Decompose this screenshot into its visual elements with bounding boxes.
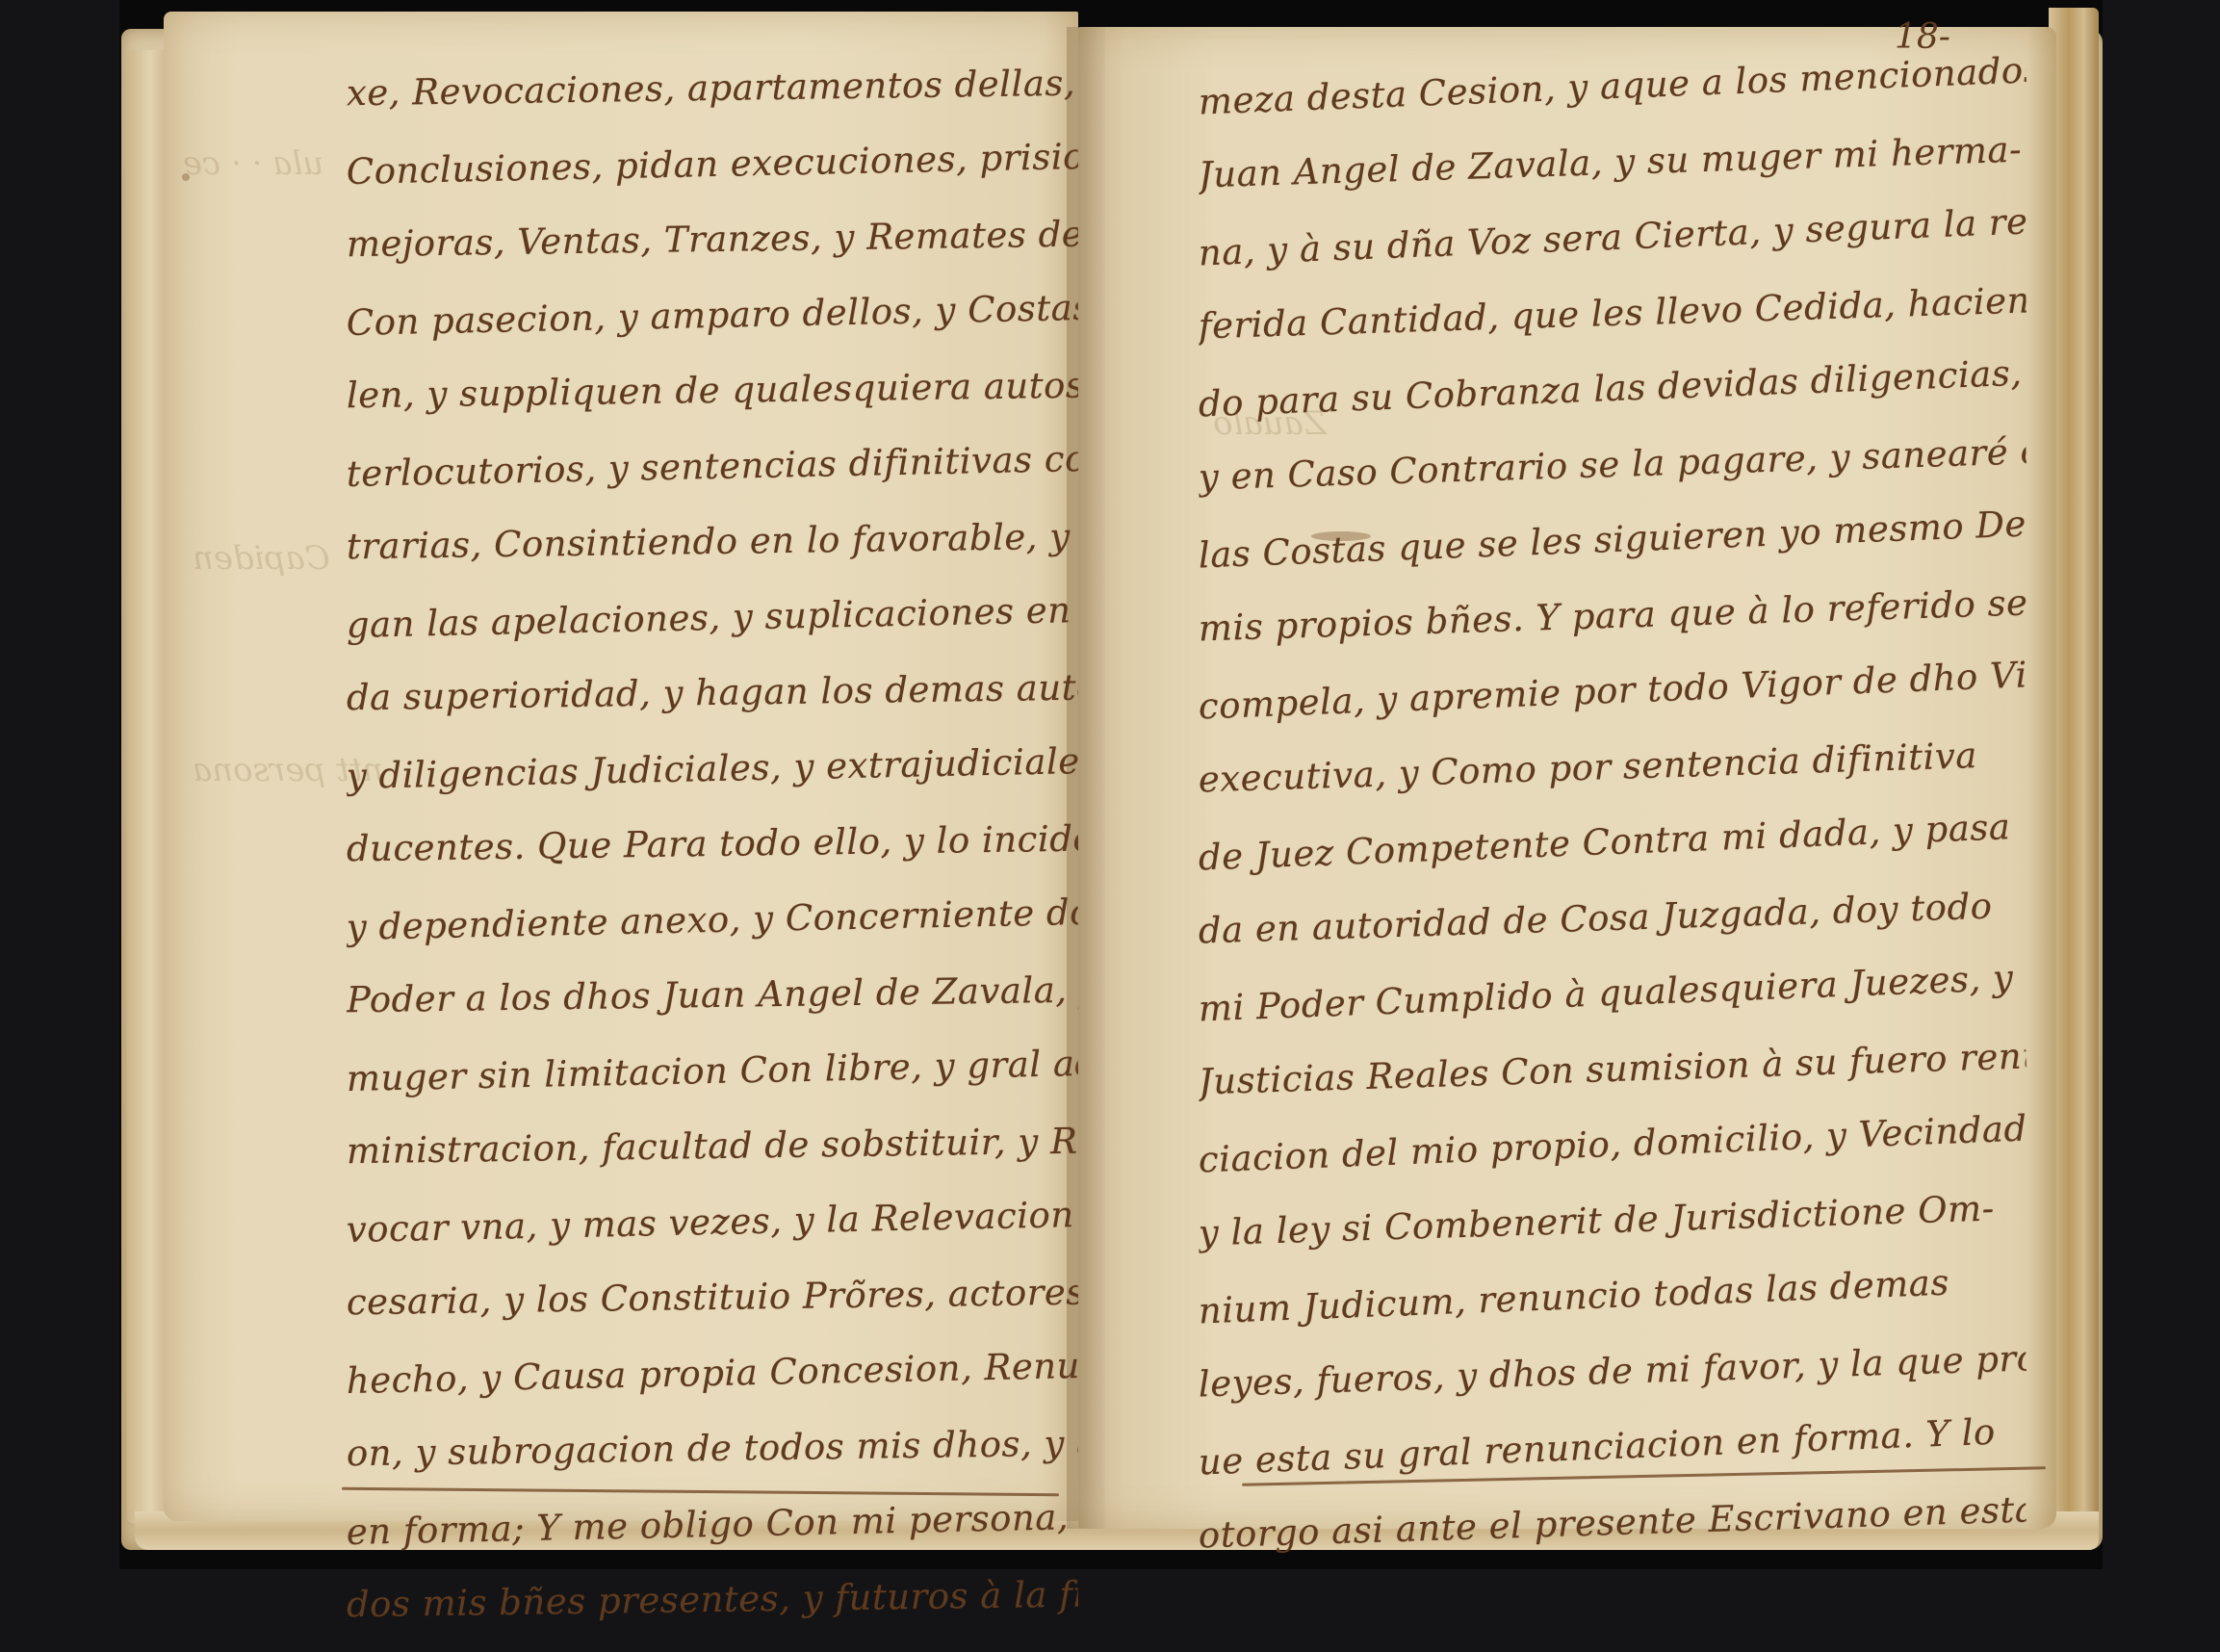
manuscript-line: da superioridad, y hagan los demas autos bbox=[346, 659, 1078, 745]
right-page-text: meza desta Cesion, y aque a los menciona… bbox=[1199, 58, 2026, 1569]
manuscript-line: trarias, Consintiendo en lo favorable, y… bbox=[346, 508, 1078, 594]
manuscript-line: y diligencias Judiciales, y extrajudicia… bbox=[346, 733, 1078, 823]
manuscript-line: ducentes. Que Para todo ello, y lo incid… bbox=[346, 811, 1078, 896]
left-page-text: xe, Revocaciones, apartamentos dellas, y… bbox=[347, 60, 1078, 1569]
manuscript-line: gan las apelaciones, y suplicaciones en … bbox=[346, 581, 1078, 672]
manuscript-line: Poder a los dhos Juan Angel de Zavala, y… bbox=[346, 962, 1078, 1047]
manuscript-line: hecho, y Causa propia Concesion, Renunci… bbox=[346, 1337, 1078, 1428]
bleed-through-text: ula · · ce bbox=[183, 144, 323, 183]
ink-spot bbox=[182, 173, 190, 181]
manuscript-line: terlocutorios, y sentencias difinitivas … bbox=[346, 430, 1078, 521]
image-viewer: ula · · ce Capiden ntt persona Zaualo 18… bbox=[0, 0, 2220, 1569]
manuscript-line: y dependiente anexo, y Concerniente doy bbox=[346, 884, 1078, 974]
manuscript-line: mejoras, Ventas, Tranzes, y Remates de b… bbox=[346, 206, 1078, 292]
manuscript-line: en forma; Y me obligo Con mi persona, y … bbox=[346, 1488, 1078, 1569]
manuscript-line: Con pasecion, y amparo dellos, y Costas … bbox=[346, 279, 1078, 370]
manuscript-line: xe, Revocaciones, apartamentos dellas, y bbox=[346, 55, 1078, 141]
bleed-through-text: Capiden bbox=[193, 539, 330, 578]
manuscript-line: len, y suppliquen de qualesquiera autos … bbox=[346, 357, 1078, 443]
manuscript-line: cesaria, y los Constituio Prõres, actore… bbox=[346, 1264, 1078, 1350]
manuscript-line: Conclusiones, pidan execuciones, prision… bbox=[346, 128, 1078, 219]
manuscript-line: vocar vna, y mas vezes, y la Relevacion … bbox=[346, 1186, 1078, 1277]
left-page-stack-edge bbox=[127, 50, 166, 1523]
manuscript-line: muger sin limitacion Con libre, y gral a… bbox=[346, 1035, 1078, 1125]
manuscript-line: ministracion, facultad de sobstituir, y … bbox=[346, 1113, 1078, 1199]
